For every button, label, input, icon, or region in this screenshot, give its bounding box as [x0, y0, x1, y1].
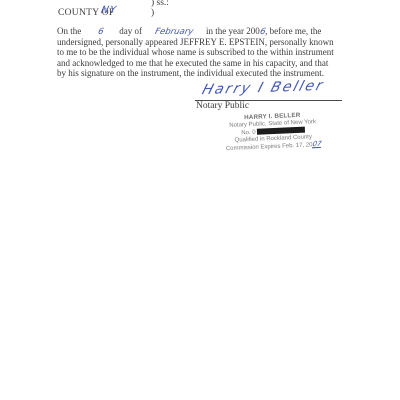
- year-prefix-text: in the year 200: [206, 26, 260, 36]
- county-handwritten-value: NY: [100, 5, 118, 16]
- county-close-paren: ): [151, 8, 154, 18]
- acknowledgment-line-2: undersigned, personally appeared JEFFREY…: [57, 37, 349, 47]
- day-handwritten-value: 6: [96, 27, 104, 37]
- ss-line: ) ss.:: [151, 0, 169, 8]
- acknowledgment-line-4: and acknowledged to me that he executed …: [57, 58, 349, 68]
- notary-stamp: HARRY I. BELLER Notary Public, State of …: [195, 111, 350, 154]
- stamp-number-prefix: No. 0: [241, 130, 256, 137]
- redaction-box: [256, 126, 304, 134]
- month-blank: February: [142, 26, 206, 37]
- month-handwritten-value: February: [154, 27, 194, 37]
- notary-signature-handwritten: Harry I Beller: [200, 78, 326, 98]
- acknowledgment-line-1: On the6day ofFebruaryin the year 2006, b…: [57, 26, 349, 37]
- day-blank: 6: [81, 26, 119, 37]
- acknowledgment-line-5: by his signature on the instrument, the …: [57, 68, 349, 78]
- line1-end-text: , before me, the: [265, 26, 321, 36]
- notary-acknowledgment-page: ) ss.: COUNTY OF NY ) On the6day ofFebru…: [0, 0, 400, 400]
- on-the-text: On the: [57, 26, 81, 36]
- day-of-text: day of: [119, 26, 142, 36]
- acknowledgment-line-3: to me to be the individual whose name is…: [57, 47, 349, 57]
- acknowledgment-paragraph: On the6day ofFebruaryin the year 2006, b…: [57, 26, 349, 78]
- expiry-year-handwritten-value: 07: [312, 141, 322, 147]
- notary-public-label: Notary Public: [196, 101, 249, 111]
